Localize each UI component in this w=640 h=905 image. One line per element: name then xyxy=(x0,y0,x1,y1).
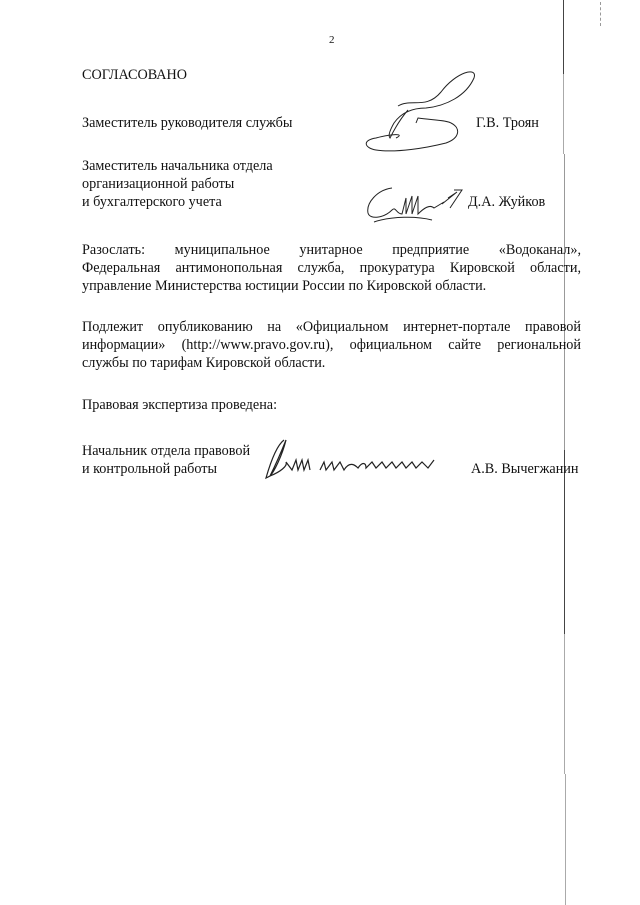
scan-edge-line-mid xyxy=(563,74,564,154)
distribution-line: Разослать: муниципальное унитарное предп… xyxy=(82,241,581,259)
approval-heading: СОГЛАСОВАНО xyxy=(82,66,187,84)
legal-review-name: А.В. Вычегжанин xyxy=(471,460,578,478)
signatory-2-position-line-2: организационной работы xyxy=(82,175,234,193)
signature-troyan xyxy=(356,68,496,158)
publication-paragraph: Подлежит опубликованию на «Официальном и… xyxy=(82,318,581,372)
page-number: 2 xyxy=(329,34,335,46)
scan-edge-line-lower xyxy=(564,634,565,774)
legal-review-heading: Правовая экспертиза проведена: xyxy=(82,396,277,414)
signature-vychegzhanin xyxy=(262,436,442,482)
publication-line: Подлежит опубликованию на «Официальном и… xyxy=(82,318,581,336)
distribution-line: Федеральная антимонопольная служба, прок… xyxy=(82,259,581,277)
signatory-2-name: Д.А. Жуйков xyxy=(468,193,545,211)
scan-edge-line-bottom xyxy=(565,774,566,905)
signatory-2-position-line-1: Заместитель начальника отдела xyxy=(82,157,273,175)
signature-zhuykov xyxy=(362,178,472,226)
signatory-1-name: Г.В. Троян xyxy=(476,114,539,132)
legal-review-position-line-1: Начальник отдела правовой xyxy=(82,442,250,460)
signatory-2-position-line-3: и бухгалтерского учета xyxy=(82,193,222,211)
publication-line: информации» (http://www.pravo.gov.ru), о… xyxy=(82,336,581,354)
distribution-paragraph: Разослать: муниципальное унитарное предп… xyxy=(82,241,581,295)
distribution-line: управление Министерства юстиции России п… xyxy=(82,277,581,295)
scan-dash-mark xyxy=(600,2,601,26)
publication-line: службы по тарифам Кировской области. xyxy=(82,354,581,372)
legal-review-position-line-2: и контрольной работы xyxy=(82,460,217,478)
signatory-1-position: Заместитель руководителя службы xyxy=(82,114,292,132)
scan-edge-line-upper xyxy=(563,0,564,74)
